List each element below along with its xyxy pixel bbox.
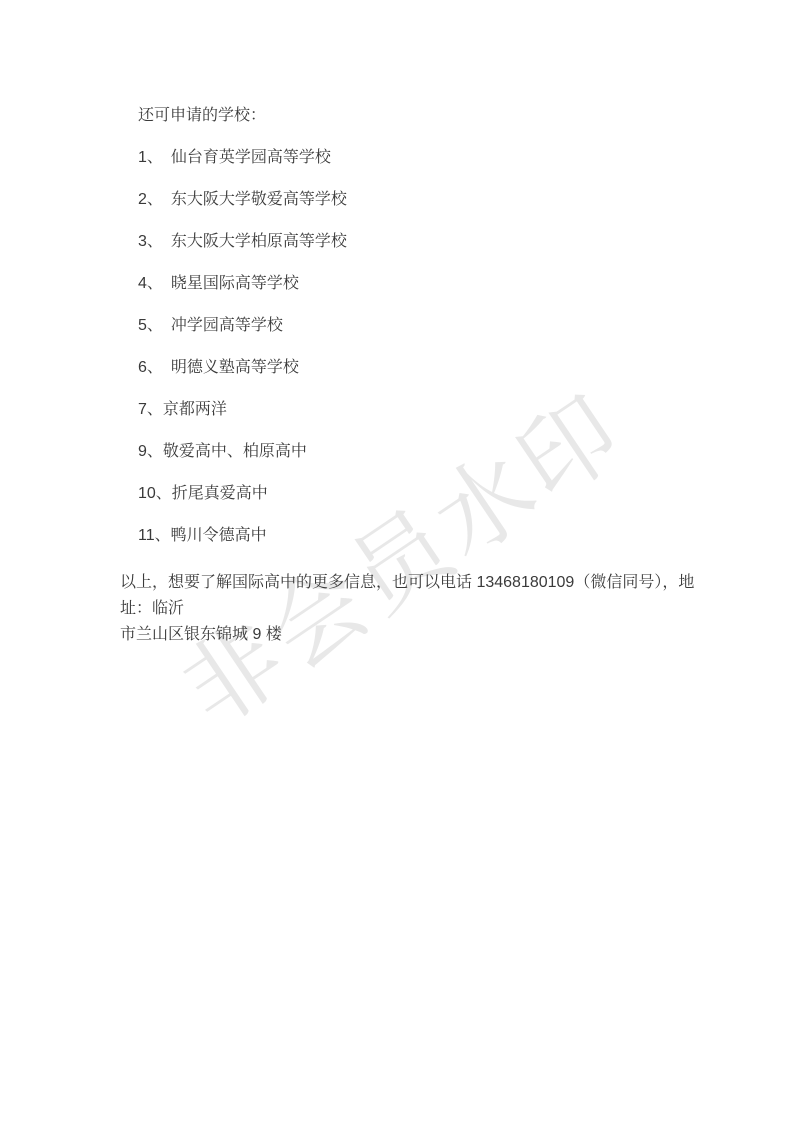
school-list-item: 6、 明德义塾高等学校 (138, 347, 698, 389)
school-list-item: 3、 东大阪大学柏原高等学校 (138, 221, 698, 263)
intro-heading: 还可申请的学校： (138, 95, 698, 137)
closing-line-2: 市兰山区银东锦城 9 楼 (120, 622, 698, 648)
closing-paragraph: 以上，想要了解国际高中的更多信息，也可以电话 13468180109（微信同号）… (120, 570, 698, 648)
school-list: 1、 仙台育英学园高等学校 2、 东大阪大学敬爱高等学校 3、 东大阪大学柏原高… (138, 137, 698, 557)
document-content: 还可申请的学校： 1、 仙台育英学园高等学校 2、 东大阪大学敬爱高等学校 3、… (120, 95, 698, 648)
school-list-item: 10、折尾真爱高中 (138, 473, 698, 515)
school-list-item: 5、 冲学园高等学校 (138, 305, 698, 347)
document-page: 非会员水印 还可申请的学校： 1、 仙台育英学园高等学校 2、 东大阪大学敬爱高… (0, 0, 793, 1122)
school-list-item: 7、京都两洋 (138, 389, 698, 431)
school-list-item: 1、 仙台育英学园高等学校 (138, 137, 698, 179)
school-list-item: 2、 东大阪大学敬爱高等学校 (138, 179, 698, 221)
school-list-item: 4、 晓星国际高等学校 (138, 263, 698, 305)
school-list-item: 11、鸭川令德高中 (138, 515, 698, 557)
closing-line-1: 以上，想要了解国际高中的更多信息，也可以电话 13468180109（微信同号）… (120, 570, 698, 622)
school-list-item: 9、敬爱高中、柏原高中 (138, 431, 698, 473)
